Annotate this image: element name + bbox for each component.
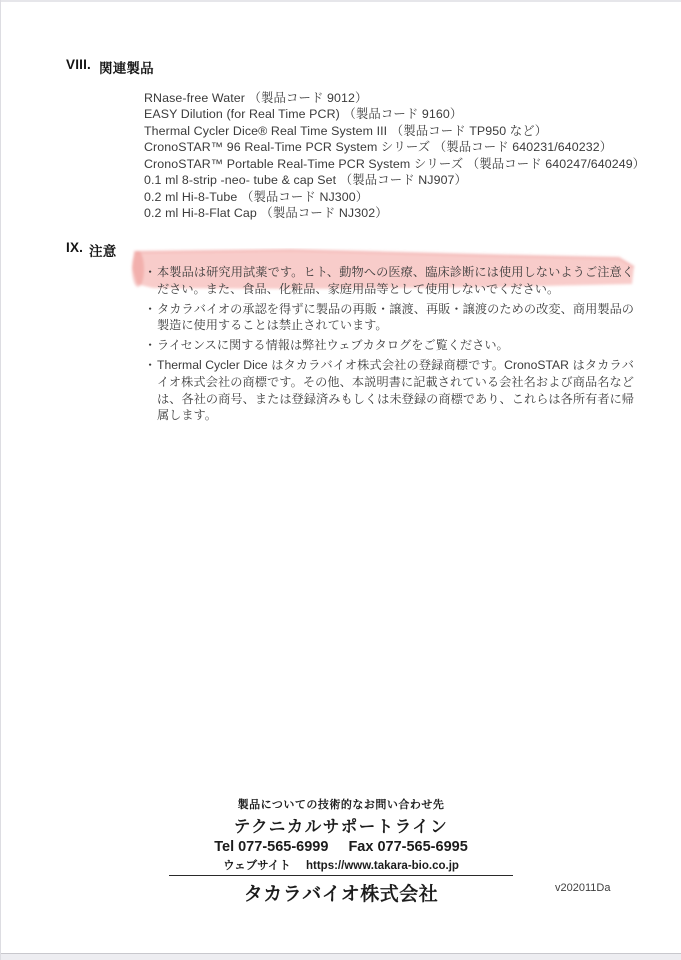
product-line: 0.1 ml 8-strip -neo- tube & cap Set （製品コ… xyxy=(144,172,645,188)
caution-bullet: ・ ライセンスに関する情報は弊社ウェブカタログをご覧ください。 xyxy=(144,337,634,354)
caution-bullet: ・ Thermal Cycler Dice はタカラバイオ株式会社の登録商標です… xyxy=(144,357,634,423)
footer-divider-line xyxy=(169,875,513,876)
footer-website-url: https://www.takara-bio.co.jp xyxy=(306,860,459,872)
document-version: v202011Da xyxy=(555,882,610,894)
caution-text-resale-prohibited: タカラバイオの承認を得ずに製品の再販・譲渡、再販・譲渡のための改変、商用製品の製… xyxy=(157,301,634,334)
section-ix-number: IX. xyxy=(66,240,89,260)
caution-bullet-list: ・ 本製品は研究用試薬です。ヒト、動物への医療、臨床診断には使用しないようご注意… xyxy=(144,264,634,427)
caution-text-trademarks: Thermal Cycler Dice はタカラバイオ株式会社の登録商標です。C… xyxy=(157,357,634,423)
bullet-marker: ・ xyxy=(144,301,157,334)
footer-contact-label: 製品についての技術的なお問い合わせ先 xyxy=(1,796,681,812)
page-bottom-edge xyxy=(1,953,681,960)
related-products-list: RNase-free Water （製品コード 9012） EASY Dilut… xyxy=(144,90,645,222)
page-top-edge xyxy=(1,0,681,2)
product-line: EASY Dilution (for Real Time PCR) （製品コード… xyxy=(144,106,645,122)
bullet-marker: ・ xyxy=(144,264,157,297)
document-page: VIII. 関連製品 RNase-free Water （製品コード 9012）… xyxy=(0,0,681,960)
section-viii-heading: VIII. 関連製品 xyxy=(66,57,154,77)
section-ix-title: 注意 xyxy=(89,240,116,260)
caution-text-research-use-only: 本製品は研究用試薬です。ヒト、動物への医療、臨床診断には使用しないようご注意くだ… xyxy=(157,264,634,297)
section-viii-title: 関連製品 xyxy=(99,57,154,77)
section-viii-number: VIII. xyxy=(66,57,99,77)
bullet-marker: ・ xyxy=(144,357,157,423)
footer-fax: Fax 077-565-6995 xyxy=(348,839,467,855)
footer-website-label: ウェブサイト xyxy=(223,860,291,872)
highlight-start-blob xyxy=(132,251,144,287)
product-line: CronoSTAR™ 96 Real-Time PCR System シリーズ … xyxy=(144,139,645,155)
caution-bullet: ・ タカラバイオの承認を得ずに製品の再販・譲渡、再販・譲渡のための改変、商用製品… xyxy=(144,301,634,334)
footer-website: ウェブサイト https://www.takara-bio.co.jp xyxy=(1,857,681,873)
product-line: 0.2 ml Hi-8-Flat Cap （製品コード NJ302） xyxy=(144,205,645,221)
section-ix-heading: IX. 注意 xyxy=(66,240,116,260)
product-line: CronoSTAR™ Portable Real-Time PCR System… xyxy=(144,156,645,172)
footer-tel-fax: Tel 077-565-6999 Fax 077-565-6995 xyxy=(1,839,681,855)
product-line: RNase-free Water （製品コード 9012） xyxy=(144,90,645,106)
caution-text-license-info: ライセンスに関する情報は弊社ウェブカタログをご覧ください。 xyxy=(157,337,634,354)
caution-bullet: ・ 本製品は研究用試薬です。ヒト、動物への医療、臨床診断には使用しないようご注意… xyxy=(144,264,634,297)
footer-tel: Tel 077-565-6999 xyxy=(214,839,328,855)
product-line: 0.2 ml Hi-8-Tube （製品コード NJ300） xyxy=(144,189,645,205)
bullet-marker: ・ xyxy=(144,337,157,354)
product-line: Thermal Cycler Dice® Real Time System II… xyxy=(144,123,645,139)
footer-support-line: テクニカルサポートライン xyxy=(1,813,681,837)
